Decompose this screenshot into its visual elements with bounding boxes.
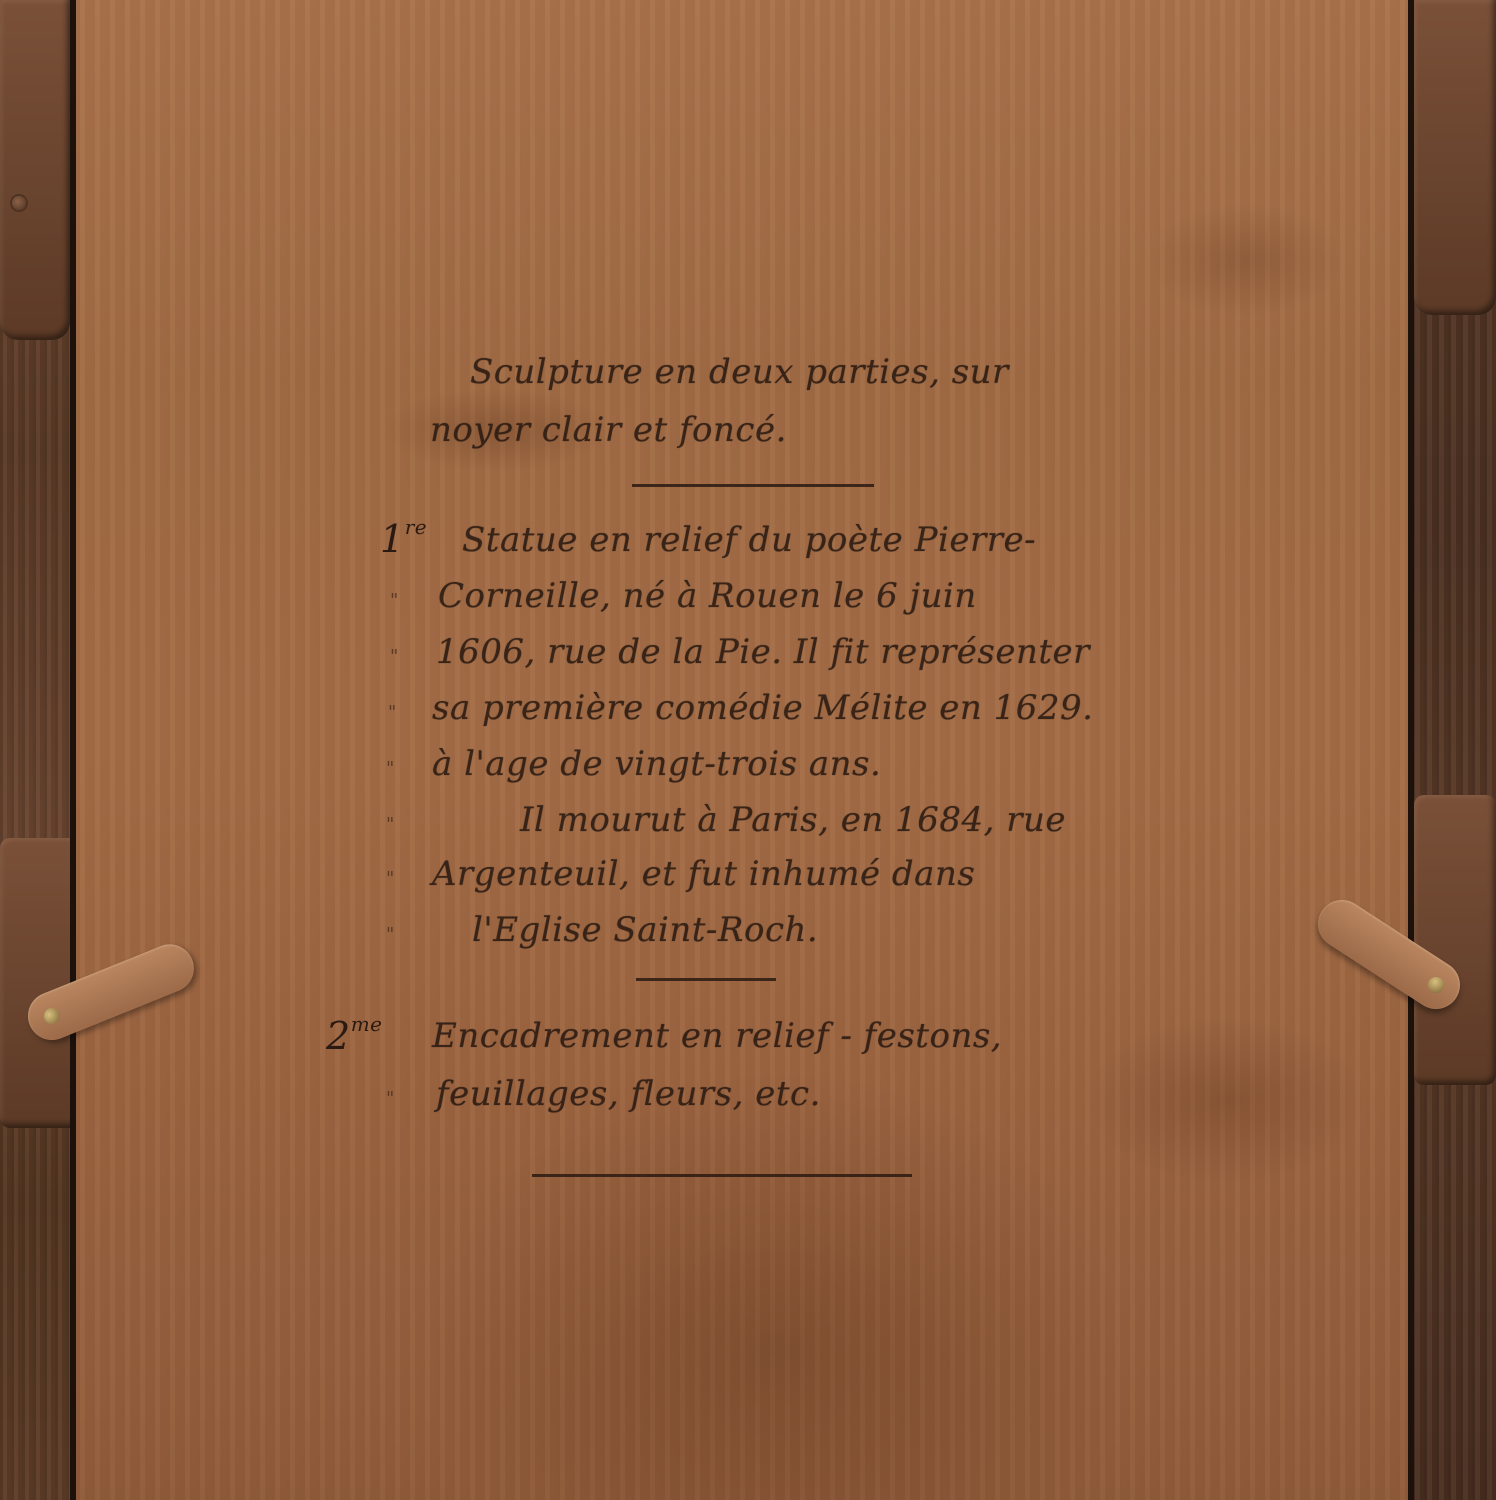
ditto-mark: " <box>390 590 399 611</box>
item-1-line: Statue en relief du poète Pierre- <box>462 520 1036 560</box>
ditto-mark: " <box>386 868 395 889</box>
heading-line-1: Sculpture en deux parties, sur <box>470 352 1009 392</box>
ditto-mark: " <box>390 646 399 667</box>
item-1-line: Argenteuil, et fut inhumé dans <box>432 854 975 894</box>
item-2-line: feuillages, fleurs, etc. <box>436 1074 821 1114</box>
item-1-line: l'Eglise Saint-Roch. <box>472 910 818 950</box>
divider-rule <box>532 1174 912 1177</box>
item-1-line: à l'age de vingt-trois ans. <box>432 744 881 784</box>
item-1-line: sa première comédie Mélite en 1629. <box>432 688 1093 728</box>
ditto-mark: " <box>386 814 395 835</box>
ditto-mark: " <box>386 758 395 779</box>
heading-line-2: noyer clair et foncé. <box>430 410 787 450</box>
handwritten-inscription: Sculpture en deux parties, sur noyer cla… <box>0 0 1496 1500</box>
divider-rule <box>636 978 776 981</box>
item-1-line: Il mourut à Paris, en 1684, rue <box>520 800 1066 840</box>
divider-rule <box>632 484 874 487</box>
ditto-mark: " <box>388 702 397 723</box>
item-1-line: 1606, rue de la Pie. Il fit représenter <box>436 632 1090 672</box>
item-1-number: 1re <box>380 515 427 561</box>
ditto-mark: " <box>386 924 395 945</box>
item-2-number: 2me <box>326 1012 383 1058</box>
item-1-line: Corneille, né à Rouen le 6 juin <box>438 576 977 616</box>
ditto-mark: " <box>386 1088 395 1109</box>
item-2-line: Encadrement en relief - festons, <box>432 1016 1002 1056</box>
